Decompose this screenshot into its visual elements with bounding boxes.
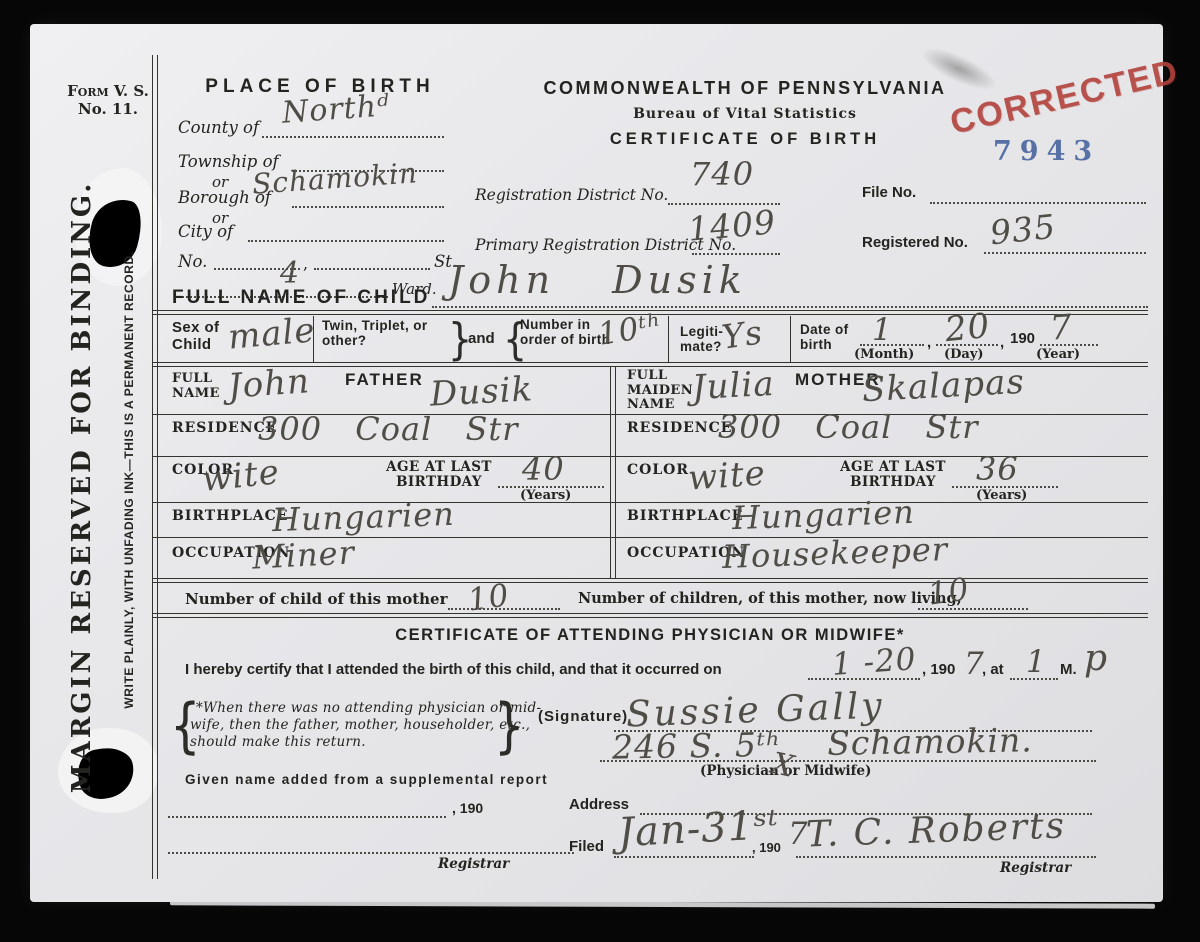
at-label: , at [982, 661, 1004, 678]
father-birthplace-value: Hungarien [271, 495, 455, 539]
mother-occupation-value: Housekeeper [721, 530, 948, 576]
registration-district-value: 740 [690, 155, 754, 193]
mother-surname-value: Skalapas [861, 362, 1026, 410]
dob-year-value: 7 [1049, 307, 1074, 348]
city-line [248, 240, 444, 242]
borough-line [292, 206, 444, 208]
child-row-divider-2 [668, 316, 669, 362]
legitimate-value: Ys [719, 312, 765, 356]
county-value: Northᵈ [281, 88, 391, 130]
father-age-value: 40 [522, 450, 565, 488]
filed-year-prefix: , 190 [752, 840, 781, 855]
primary-district-value: 1409 [686, 202, 777, 249]
certify-statement: I hereby certify that I attended the bir… [185, 661, 722, 678]
parents-center-divider [610, 366, 616, 578]
dob-year-caption: (Year) [1036, 347, 1080, 362]
primary-district-line [692, 253, 780, 255]
note-brace-close: } [494, 691, 525, 761]
registered-no-line [984, 252, 1146, 254]
twin-label: Twin, Triplet, or other? [322, 318, 432, 348]
father-section-title: FATHER [345, 370, 424, 390]
supplemental-report-label: Given name added from a supplemental rep… [185, 772, 548, 787]
mother-color-label: COLOR [627, 462, 689, 478]
living-children-value: 10 [926, 571, 972, 612]
mother-residence-value: 300 Coal Str [718, 408, 979, 446]
occurred-date-value: 1 -20 [831, 641, 918, 683]
at-time-value: 1 [1026, 644, 1047, 680]
child-number-label: Number of child of this mother [185, 590, 448, 608]
father-surname-value: Dusik [429, 369, 534, 414]
filed-date-line [614, 856, 754, 858]
dob-day-line [936, 344, 998, 346]
commonwealth-title: COMMONWEALTH OF PENNSYLVANIA [460, 78, 1030, 99]
child-name-value: John Dusik [448, 258, 747, 302]
and-label: and [468, 330, 495, 347]
form-code-line1: Form V. S. [60, 82, 156, 100]
county-line [262, 136, 444, 138]
mother-color-value: wite [687, 453, 767, 498]
mother-age-label: AGE AT LAST BIRTHDAY [832, 460, 954, 490]
note-line-2: wife, then the father, mother, household… [190, 717, 530, 733]
signature-address-line [600, 760, 1096, 762]
dob-year-prefix: 190 [1010, 330, 1035, 347]
note-line-1: *When there was no attending physician o… [196, 700, 541, 716]
supplemental-date-line [168, 816, 446, 818]
bureau-subtitle: Bureau of Vital Statistics [460, 106, 1030, 122]
child-row-divider-3 [790, 316, 791, 362]
father-occupation-value: Miner [251, 533, 356, 576]
child-name-line [432, 306, 1148, 308]
mother-given-value: Julia [691, 364, 776, 408]
mother-residence-label: RESIDENCE [627, 420, 732, 436]
mother-age-caption: (Years) [976, 488, 1027, 503]
dob-month-value: 1 [872, 312, 893, 348]
certificate-of-birth-title: CERTIFICATE OF BIRTH [460, 130, 1030, 149]
dob-comma-2: , [1000, 334, 1004, 351]
registrar-left-line [168, 852, 574, 854]
margin-binding-text: MARGIN RESERVED FOR BINDING. [67, 181, 97, 794]
living-children-label: Number of children, of this mother, now … [578, 590, 962, 607]
father-name-label: FULL NAME [172, 372, 230, 401]
file-no-line [930, 202, 1146, 204]
father-age-caption: (Years) [520, 488, 571, 503]
dob-month-line [860, 344, 924, 346]
mother-age-value: 36 [976, 450, 1019, 488]
house-no-label: No. [178, 252, 207, 271]
margin-divider-rule [152, 55, 158, 879]
note-line-3: should make this return. [190, 734, 366, 750]
registrar-right-line [796, 856, 1096, 858]
rule-under-counts [152, 613, 1148, 618]
registrar-left-caption: Registrar [438, 856, 509, 872]
signature-label: (Signature) [538, 708, 628, 725]
registered-no-value: 935 [988, 207, 1058, 253]
margin-permanent-record-text: WRITE PLAINLY, WITH UNFADING INK—THIS IS… [122, 251, 136, 708]
registration-district-label: Registration District No. [475, 186, 668, 204]
mother-birthplace-label: BIRTHPLACE [627, 508, 743, 524]
street-line [314, 268, 430, 270]
file-no-label: File No. [862, 184, 916, 201]
ward-value: 4 [280, 256, 300, 291]
scanned-birth-certificate: Form V. S. No. 11. MARGIN RESERVED FOR B… [0, 0, 1200, 942]
father-color-value: wite [200, 452, 282, 500]
sex-label: Sex of Child [172, 320, 228, 354]
city-label: City of [178, 222, 233, 241]
dob-comma-1: , [927, 334, 931, 351]
form-code-line2: No. 11. [60, 100, 156, 118]
filed-label: Filed [569, 838, 604, 855]
meridiem-label: M. [1060, 661, 1077, 678]
mother-name-label: FULL MAIDEN NAME [627, 369, 697, 413]
child-name-label: FULL NAME OF CHILD [172, 287, 430, 309]
registered-no-label: Registered No. [862, 234, 968, 251]
supplemental-year-label: , 190 [452, 800, 483, 816]
occurred-year-prefix: , 190 [922, 661, 955, 678]
registrar-right-caption: Registrar [1000, 860, 1071, 876]
father-residence-value: 300 Coal Str [258, 410, 519, 448]
dob-day-caption: (Day) [944, 347, 984, 362]
father-age-label: AGE AT LAST BIRTHDAY [378, 460, 500, 490]
child-number-value: 10 [466, 577, 512, 618]
rule-under-parents [152, 578, 1148, 583]
meridiem-value: p [1084, 638, 1108, 679]
county-label: County of [178, 118, 259, 137]
sex-value: male [226, 310, 317, 357]
serial-number-stamp: 7943 [993, 136, 1100, 167]
house-comma: , [303, 254, 308, 273]
father-given-value: John [227, 361, 311, 407]
mother-birthplace-value: Hungarien [731, 493, 915, 537]
dob-month-caption: (Month) [854, 347, 914, 362]
